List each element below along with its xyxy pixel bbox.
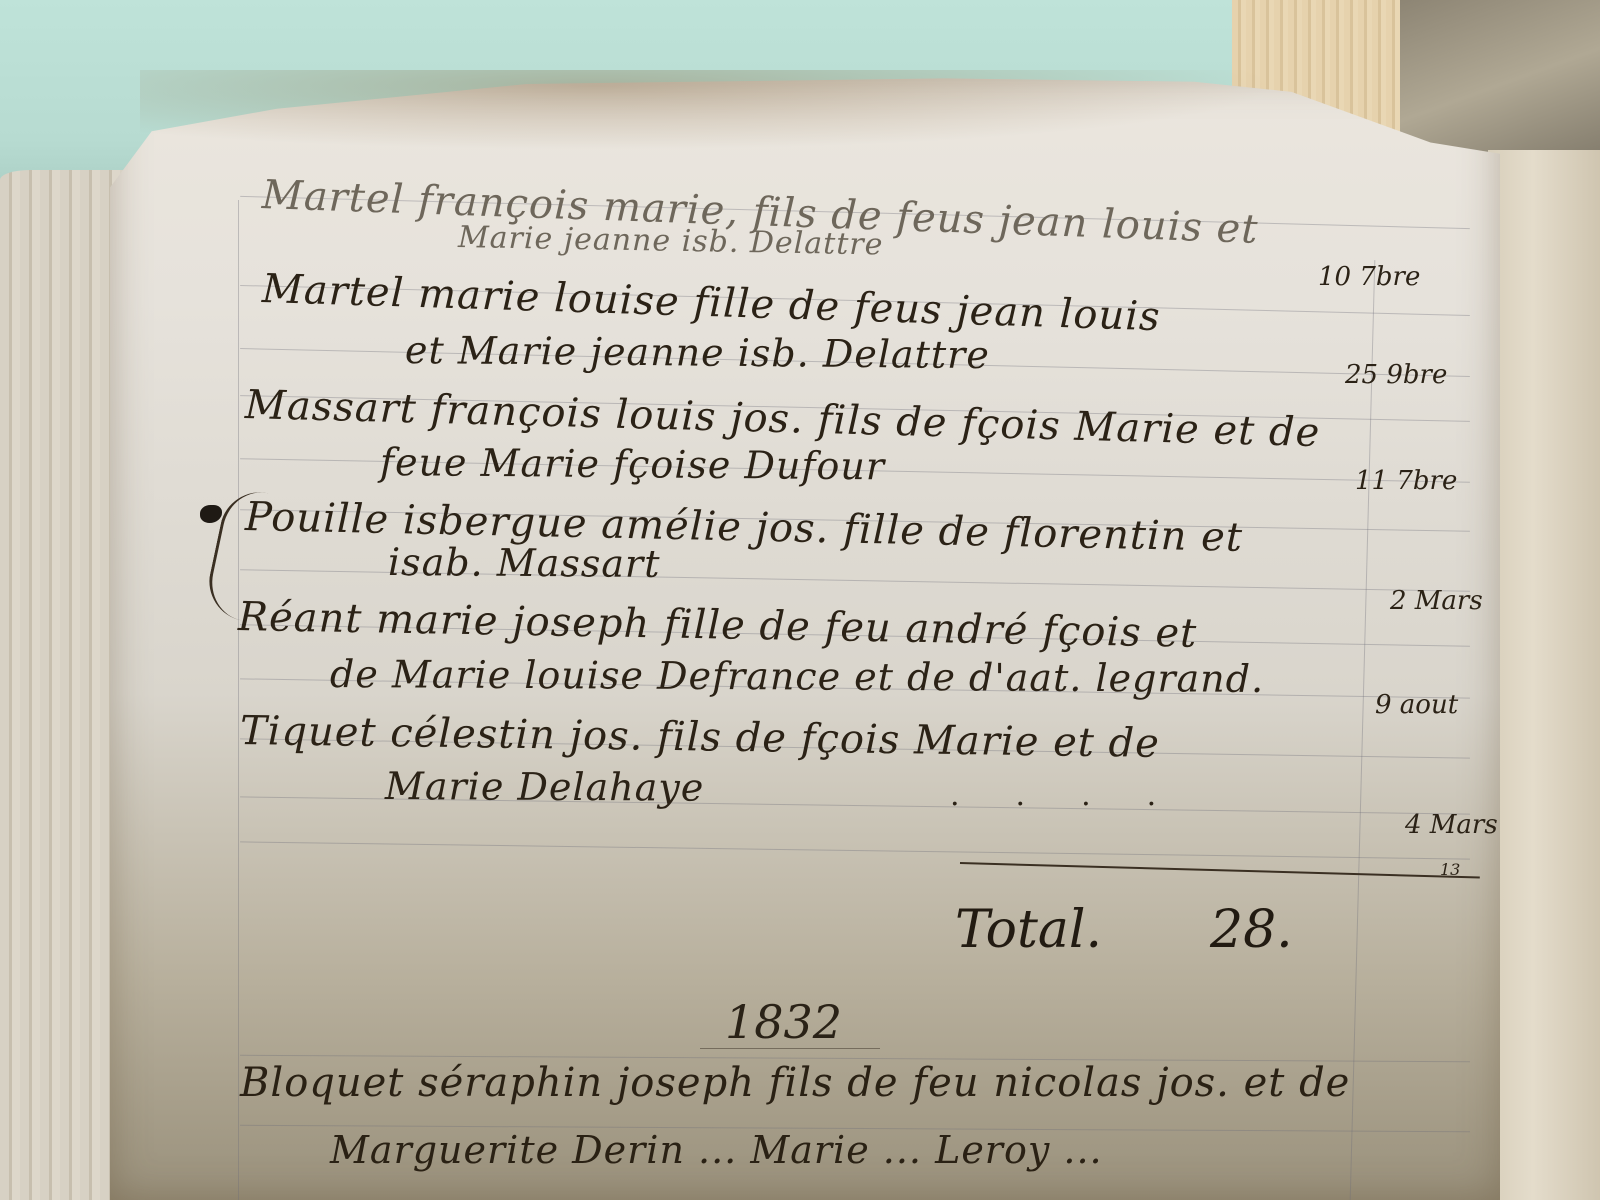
- entry-1-line-2: Marie jeanne isb. Delattre: [458, 220, 884, 262]
- next-entry-1-line-2: Marguerite Derin ... Marie ... Leroy ...: [330, 1128, 1103, 1172]
- total-value: 28.: [1210, 900, 1293, 960]
- entry-5-date: 2 Mars: [1390, 586, 1483, 616]
- extra-date: 4 Mars: [1405, 810, 1498, 840]
- filler-dots: ....: [950, 778, 1212, 813]
- total-label: Total.: [955, 900, 1102, 960]
- next-entry-1-line-1: Bloquet séraphin joseph fils de feu nico…: [240, 1060, 1350, 1106]
- entry-6-date: 9 aout: [1375, 690, 1458, 720]
- entry-3-date: 25 9bre: [1345, 360, 1447, 390]
- entry-3-line-2: feue Marie fçoise Dufour: [380, 440, 885, 488]
- left-margin-line: [238, 200, 239, 1200]
- facing-page: [1488, 150, 1600, 1200]
- entry-2-date: 10 7bre: [1318, 262, 1420, 292]
- entry-4-line-2: isab. Massart: [388, 540, 661, 586]
- year-heading: 1832: [725, 995, 842, 1049]
- entry-6-line-2: Marie Delahaye: [385, 764, 705, 810]
- entry-4-date: 11 7bre: [1355, 466, 1457, 496]
- entry-2-line-2: et Marie jeanne isb. Delattre: [405, 328, 990, 377]
- entry-5-line-2: de Marie louise Defrance et de d'aat. le…: [330, 652, 1264, 701]
- year-underline: [700, 1048, 880, 1049]
